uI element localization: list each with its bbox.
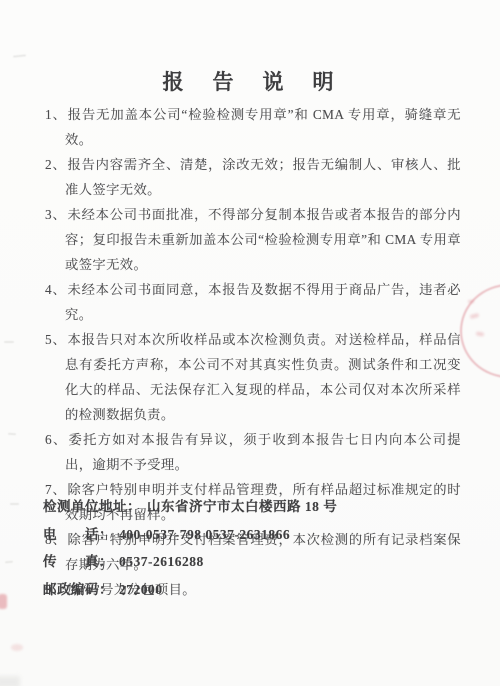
note-number: 2、 — [45, 157, 68, 172]
scan-artifact — [10, 503, 19, 505]
contact-phone-label: 电 话： — [43, 527, 113, 542]
scan-artifact — [8, 433, 16, 436]
note-text: 未经本公司书面同意，本报告及数据不得用于商品广告，违者必究。 — [65, 282, 461, 322]
contact-fax-label: 传 真： — [43, 554, 113, 569]
note-item: 4、未经本公司书面同意，本报告及数据不得用于商品广告，违者必究。 — [45, 277, 461, 327]
note-text: 报告无加盖本公司“检验检测专用章”和 CMA 专用章，骑缝章无效。 — [65, 107, 461, 147]
note-text: 本报告只对本次所收样品或本次检测负责。对送检样品，样品信息有委托方声称，本公司不… — [65, 332, 461, 422]
note-number: 6、 — [45, 432, 69, 447]
note-text: 未经本公司书面批准，不得部分复制本报告或者本报告的部分内容；复印报告未重新加盖本… — [65, 207, 461, 272]
note-item: 6、委托方如对本报告有异议，须于收到本报告七日内向本公司提出，逾期不予受理。 — [45, 427, 461, 477]
scan-artifact — [13, 54, 26, 57]
note-number: 4、 — [45, 282, 68, 297]
contact-address-label: 检测单位地址： — [43, 499, 141, 514]
contact-address-value: 山东省济宁市太白楼西路 18 号 — [147, 499, 337, 514]
contact-postal-label: 邮政编码： — [43, 582, 113, 597]
contact-fax: 传 真：0537-2616288 — [43, 548, 470, 576]
note-item: 5、本报告只对本次所收样品或本次检测负责。对送检样品，样品信息有委托方声称，本公… — [45, 327, 461, 427]
red-seal-fragment — [468, 300, 474, 303]
page-corner-shadow — [0, 676, 20, 686]
note-item: 3、未经本公司书面批准，不得部分复制本报告或者本报告的部分内容；复印报告未重新加… — [45, 202, 461, 277]
red-ink-mark — [0, 594, 7, 609]
contact-phone: 电 话：400-0537-798 0537-2631866 — [43, 521, 470, 549]
contact-phone-value: 400-0537-798 0537-2631866 — [119, 527, 290, 542]
contact-address: 检测单位地址：山东省济宁市太白楼西路 18 号 — [43, 493, 470, 521]
contact-postal-code: 邮政编码：272000 — [43, 576, 470, 604]
note-number: 3、 — [45, 207, 68, 222]
contact-postal-value: 272000 — [119, 582, 163, 597]
red-ink-smudge — [11, 644, 23, 651]
scanned-report-page: 报 告 说 明 1、报告无加盖本公司“检验检测专用章”和 CMA 专用章，骑缝章… — [0, 0, 500, 686]
note-text: 报告内容需齐全、清楚，涂改无效；报告无编制人、审核人、批准人签字无效。 — [65, 157, 461, 197]
page-title: 报 告 说 明 — [0, 66, 500, 96]
note-item: 2、报告内容需齐全、清楚，涂改无效；报告无编制人、审核人、批准人签字无效。 — [45, 152, 461, 202]
scan-artifact — [4, 341, 14, 343]
note-item: 1、报告无加盖本公司“检验检测专用章”和 CMA 专用章，骑缝章无效。 — [45, 102, 461, 152]
scan-artifact — [5, 561, 13, 564]
contact-fax-value: 0537-2616288 — [119, 554, 204, 569]
contact-info-block: 检测单位地址：山东省济宁市太白楼西路 18 号 电 话：400-0537-798… — [43, 493, 470, 603]
note-text: 委托方如对本报告有异议，须于收到本报告七日内向本公司提出，逾期不予受理。 — [65, 432, 461, 472]
note-number: 1、 — [45, 107, 68, 122]
note-number: 5、 — [45, 332, 68, 347]
